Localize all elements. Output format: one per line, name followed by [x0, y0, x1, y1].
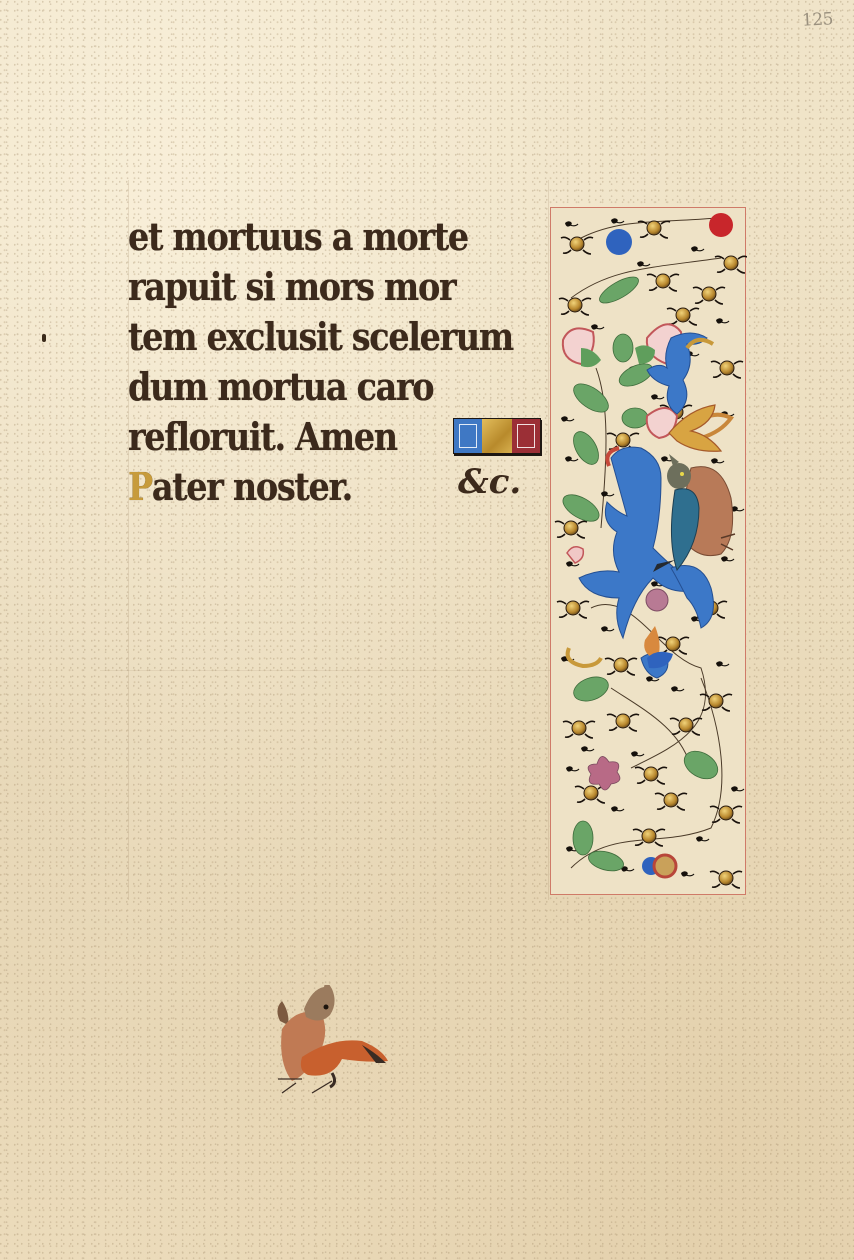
illuminated-border	[550, 207, 746, 895]
text-line-1: et mortuus a morte	[128, 212, 498, 262]
gold-initial-p: P	[128, 462, 152, 512]
line-filler-ornament	[453, 418, 541, 454]
folio-number: 125	[801, 9, 833, 31]
text-line-6-rest: ater noster.	[152, 464, 352, 509]
text-line-6: Pater noster.	[128, 462, 498, 512]
text-column: et mortuus a morte rapuit si mors mor te…	[128, 212, 548, 512]
text-line-4: dum mortua caro	[128, 362, 498, 412]
margin-ink-mark	[42, 334, 46, 342]
border-bird	[653, 454, 735, 572]
ruling-line-right	[548, 180, 549, 900]
border-ornament-icon	[551, 208, 747, 896]
text-line-3: tem exclusit scelerum	[128, 312, 498, 362]
manuscript-page: 125 et mortuus a morte rapuit si mors mo…	[0, 0, 854, 1260]
squirrel-drollery-icon	[262, 985, 392, 1105]
line-filler-red	[512, 419, 540, 453]
line-filler-blue	[454, 419, 482, 453]
ruling-line-horizontal	[100, 670, 550, 671]
text-line-5: refloruit. Amen	[128, 412, 498, 462]
line-filler-gold	[482, 419, 512, 453]
rubric-et-cetera: &c.	[458, 462, 521, 502]
text-line-2: rapuit si mors mor	[128, 262, 498, 312]
